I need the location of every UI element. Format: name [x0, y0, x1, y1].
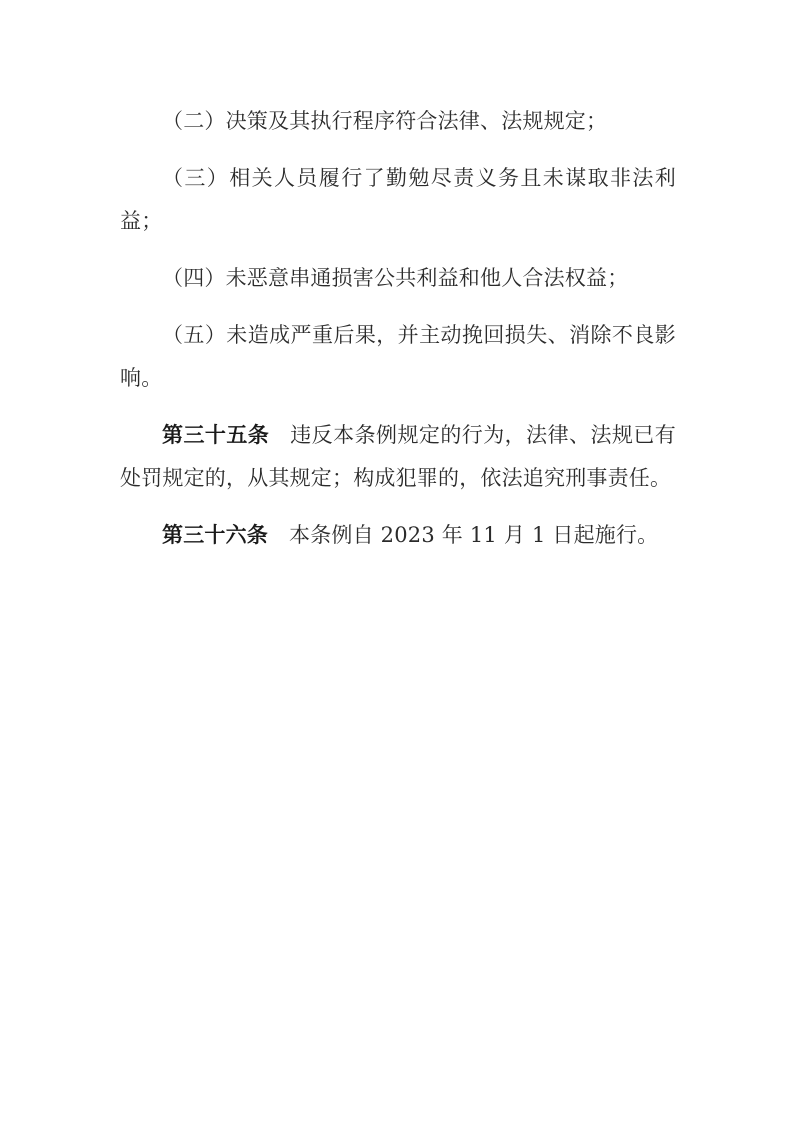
list-item-2: （二）决策及其执行程序符合法律、法规规定； — [120, 100, 676, 143]
list-item-5: （五）未造成严重后果，并主动挽回损失、消除不良影响。 — [120, 314, 676, 400]
article-36: 第三十六条本条例自 2023 年 11 月 1 日起施行。 — [120, 514, 676, 557]
article-number: 第三十五条 — [162, 423, 269, 447]
article-35: 第三十五条违反本条例规定的行为，法律、法规已有处罚规定的，从其规定；构成犯罪的，… — [120, 414, 676, 500]
document-page: （二）决策及其执行程序符合法律、法规规定； （三）相关人员履行了勤勉尽责义务且未… — [120, 100, 676, 571]
article-number: 第三十六条 — [162, 523, 268, 547]
article-text: 本条例自 2023 年 11 月 1 日起施行。 — [289, 523, 658, 547]
list-item-3: （三）相关人员履行了勤勉尽责义务且未谋取非法利益； — [120, 157, 676, 243]
list-item-4: （四）未恶意串通损害公共利益和他人合法权益； — [120, 257, 676, 300]
